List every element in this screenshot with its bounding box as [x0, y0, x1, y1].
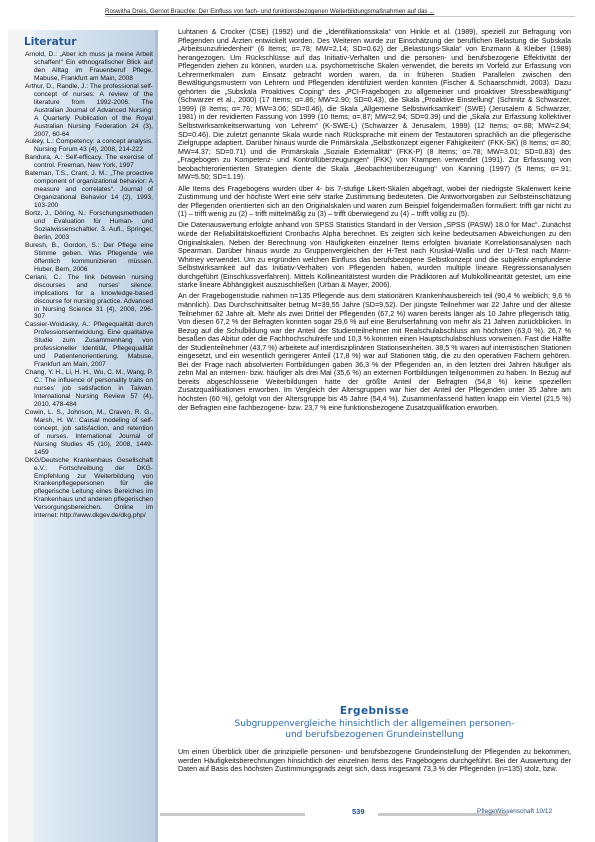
reference-item: Aukey, L.: Competency: a concept analysi…: [25, 138, 153, 154]
running-head: Roswitha Dreis, Gernot Brauchle: Der Ein…: [105, 8, 575, 17]
reference-item: Arthur, D., Randle, J.: The professional…: [25, 83, 153, 139]
page-number: 539: [352, 807, 365, 816]
reference-item: DKG/Deutsche Krankenhaus Gesellschaft e.…: [25, 457, 153, 521]
sidebar-edge: [155, 30, 158, 842]
reference-item: Cowin, L. S., Johnson, M., Craven, R. G.…: [25, 409, 153, 457]
reference-item: Buresh, B., Gordon, S.: Der Pflege eine …: [25, 242, 153, 274]
reference-item: Bandura, A.: Self-efficacy. The exercise…: [25, 154, 153, 170]
body-paragraph: Die Datenauswertung erfolgte anhand von …: [178, 221, 571, 289]
main-body: Luhtanen & Crocker (CSE) (1992) und die …: [178, 28, 571, 415]
body-paragraph: Um einen Überblick über die prinzipielle…: [178, 748, 571, 774]
section-subtitle-line: und berufsbezogenen Grundeinstellung: [178, 730, 571, 741]
body-paragraph: Alle Items des Fragebogens wurden über 4…: [178, 185, 571, 219]
results-body: Um einen Überblick über die prinzipielle…: [178, 748, 571, 774]
journal-name: PflegeWissenschaft 10/12: [477, 808, 552, 815]
footer-rule: [160, 813, 305, 816]
body-paragraph: An der Fragebogenstudie nahmen n=135 Pfl…: [178, 292, 571, 412]
body-paragraph: Luhtanen & Crocker (CSE) (1992) und die …: [178, 28, 571, 182]
section-subtitle: Subgruppenvergleiche hinsichtlich der al…: [178, 719, 571, 740]
reference-item: Bateman, T.S., Crant, J. M.: „The proact…: [25, 170, 153, 210]
reference-item: Ceriani, C.: The link between nursing di…: [25, 274, 153, 322]
reference-list: Arnold, D.: „Aber ich muss ja meine Arbe…: [25, 51, 153, 520]
section-subtitle-line: Subgruppenvergleiche hinsichtlich der al…: [178, 719, 571, 730]
results-heading: Ergebnisse Subgruppenvergleiche hinsicht…: [178, 705, 571, 740]
reference-item: Chang, Y. H., Li, H. H., Wu, C. M., Wang…: [25, 369, 153, 409]
reference-item: Arnold, D.: „Aber ich muss ja meine Arbe…: [25, 51, 153, 83]
reference-item: Cassier-Woidasky, A.: Pflegequalität dur…: [25, 321, 153, 369]
reference-item: Bortz, J., Döring, N.: Forschungsmethode…: [25, 210, 153, 242]
section-title: Ergebnisse: [178, 705, 571, 717]
literature-title: Literatur: [24, 36, 76, 48]
